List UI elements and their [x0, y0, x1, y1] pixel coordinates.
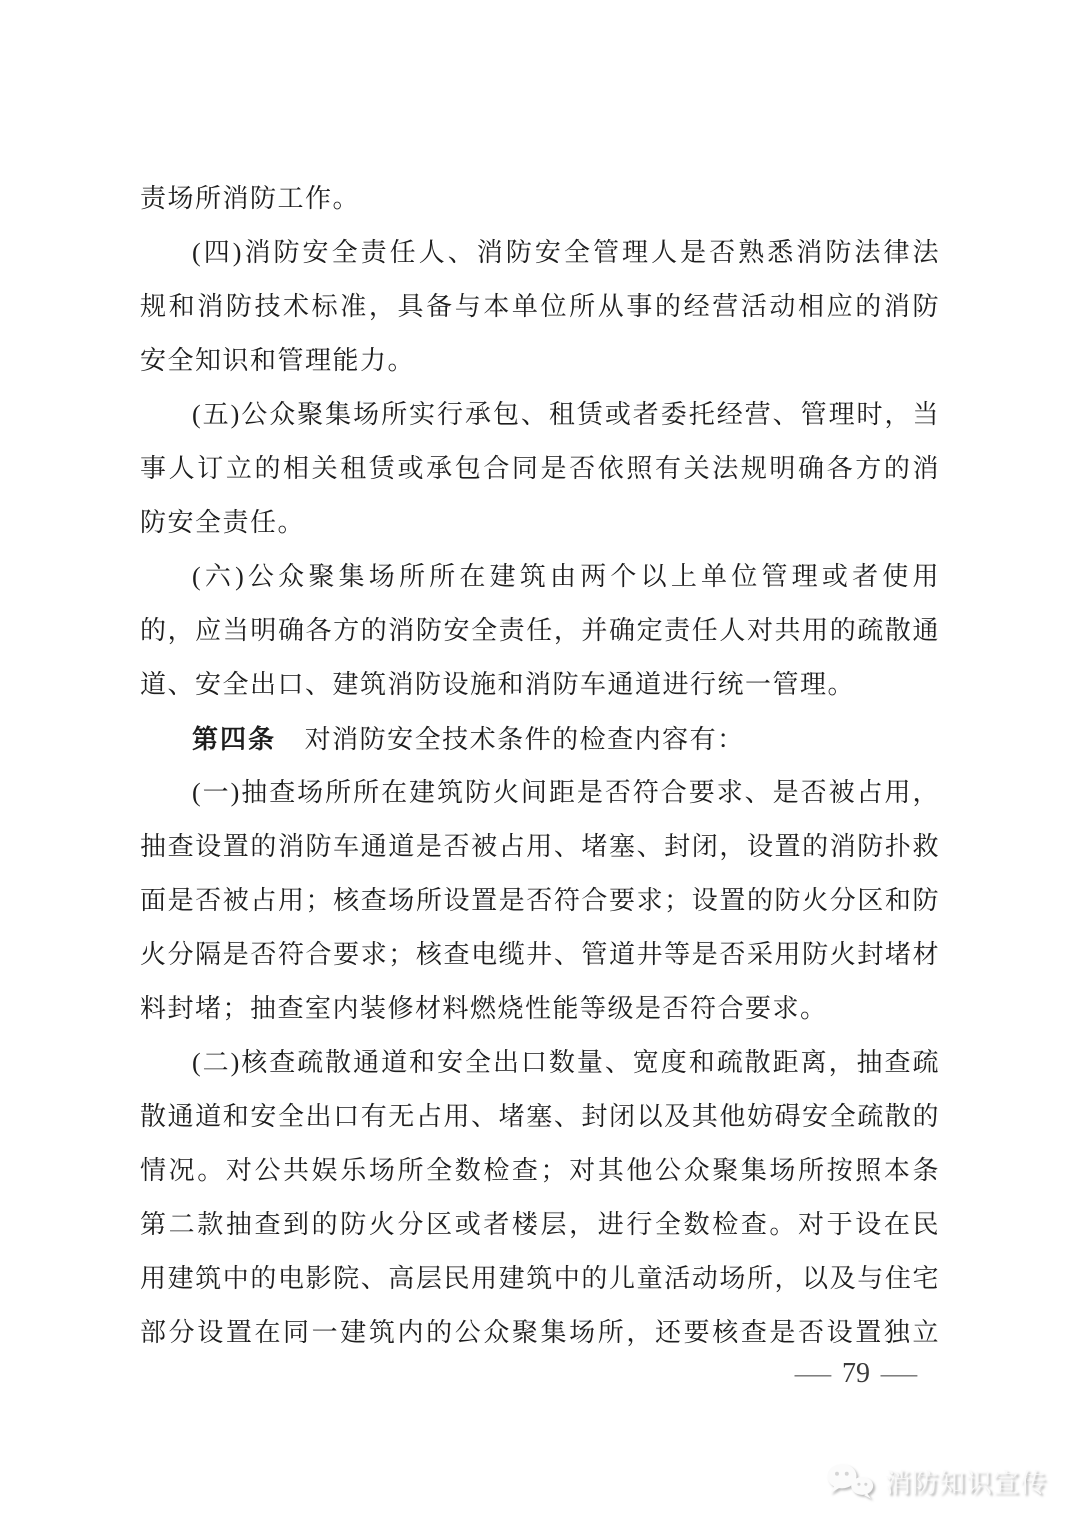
- page-number-dash-right: —: [881, 1359, 917, 1389]
- text-line: (五)公众聚集场所实行承包、租赁或者委托经营、管理时，当: [140, 388, 940, 442]
- text-line: (六)公众聚集场所所在建筑由两个以上单位管理或者使用: [140, 550, 940, 604]
- brand-watermark: 消防知识宣传: [824, 1461, 1047, 1501]
- wechat-icon: [824, 1461, 876, 1501]
- page-number-value: 79: [842, 1358, 870, 1390]
- text-line: 的，应当明确各方的消防安全责任，并确定责任人对共用的疏散通: [140, 604, 940, 658]
- text-line: 抽查设置的消防车通道是否被占用、堵塞、封闭，设置的消防扑救: [140, 820, 940, 874]
- page-number: — 79 —: [140, 1352, 940, 1396]
- page-number-dash-left: —: [795, 1359, 831, 1389]
- text-line: 第二款抽查到的防火分区或者楼层，进行全数检查。对于设在民: [140, 1198, 940, 1252]
- text-line: (四)消防安全责任人、消防安全管理人是否熟悉消防法律法: [140, 226, 940, 280]
- text-line: 散通道和安全出口有无占用、堵塞、封闭以及其他妨碍安全疏散的: [140, 1090, 940, 1144]
- text-line: 火分隔是否符合要求；核查电缆井、管道井等是否采用防火封堵材: [140, 928, 940, 982]
- text-line: 规和消防技术标准，具备与本单位所从事的经营活动相应的消防: [140, 280, 940, 334]
- text-line: 第四条对消防安全技术条件的检查内容有：: [140, 712, 940, 766]
- text-line: 安全知识和管理能力。: [140, 334, 940, 388]
- text-line: 料封堵；抽查室内装修材料燃烧性能等级是否符合要求。: [140, 982, 940, 1036]
- document-body: 责场所消防工作。(四)消防安全责任人、消防安全管理人是否熟悉消防法律法规和消防技…: [140, 172, 940, 1360]
- text-line: 情况。对公共娱乐场所全数检查；对其他公众聚集场所按照本条: [140, 1144, 940, 1198]
- text-line: 道、安全出口、建筑消防设施和消防车通道进行统一管理。: [140, 658, 940, 712]
- text-line: (二)核查疏散通道和安全出口数量、宽度和疏散距离，抽查疏: [140, 1036, 940, 1090]
- text-line: 事人订立的相关租赁或承包合同是否依照有关法规明确各方的消: [140, 442, 940, 496]
- text-line: 防安全责任。: [140, 496, 940, 550]
- document-page: 责场所消防工作。(四)消防安全责任人、消防安全管理人是否熟悉消防法律法规和消防技…: [0, 0, 1080, 1527]
- text-line: 用建筑中的电影院、高层民用建筑中的儿童活动场所，以及与住宅: [140, 1252, 940, 1306]
- text-line: (一)抽查场所所在建筑防火间距是否符合要求、是否被占用，: [140, 766, 940, 820]
- brand-watermark-text: 消防知识宣传: [885, 1463, 1047, 1500]
- text-line: 面是否被占用；核查场所设置是否符合要求；设置的防火分区和防: [140, 874, 940, 928]
- text-line: 责场所消防工作。: [140, 172, 940, 226]
- article-number: 第四条: [192, 724, 276, 754]
